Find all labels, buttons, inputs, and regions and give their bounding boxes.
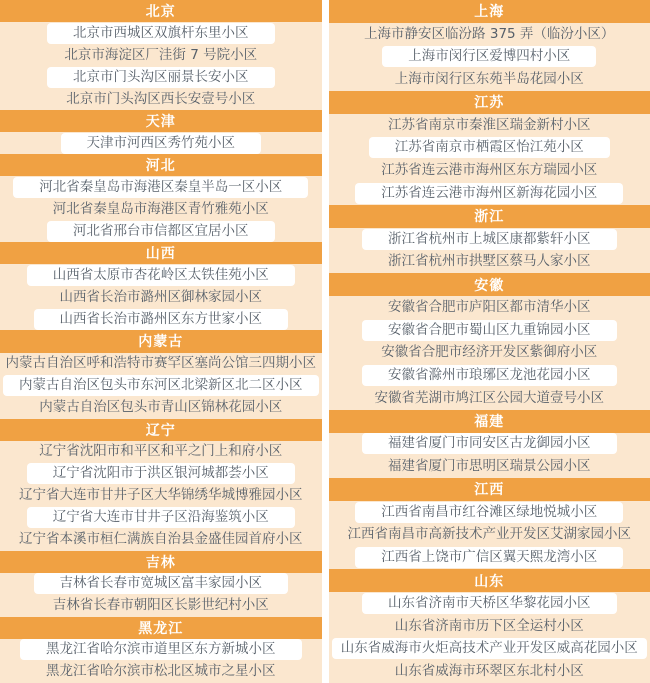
- community-row: 河北省邢台市信都区宜居小区: [0, 220, 322, 242]
- community-name: 河北省邢台市信都区宜居小区: [47, 221, 275, 242]
- community-name: 山东省济南市天桥区华黎花园小区: [362, 593, 617, 614]
- province-header: 吉林: [0, 551, 322, 573]
- community-name: 江西省上饶市广信区翼天熙龙湾小区: [355, 547, 623, 568]
- community-row: 江苏省南京市栖霞区怡江苑小区: [329, 137, 650, 160]
- community-row: 江西省南昌市高新技术产业开发区艾湖家园小区: [329, 524, 650, 547]
- community-row: 安徽省合肥市经济开发区紫御府小区: [329, 341, 650, 364]
- community-name: 北京市门头沟区西长安壹号小区: [66, 89, 255, 110]
- community-name: 辽宁省大连市甘井子区大华锦绣华城博雅园小区: [19, 485, 303, 506]
- community-name: 安徽省芜湖市鸠江区公园大道壹号小区: [375, 388, 605, 409]
- community-row: 江西省上饶市广信区翼天熙龙湾小区: [329, 546, 650, 569]
- community-row: 北京市门头沟区丽景长安小区: [0, 66, 322, 88]
- community-name: 吉林省长春市朝阳区长影世纪村小区: [53, 595, 269, 616]
- province-header: 上海: [329, 0, 650, 23]
- community-name: 内蒙古自治区呼和浩特市赛罕区塞尚公馆三四期小区: [6, 353, 317, 374]
- community-row: 内蒙古自治区包头市青山区锦林花园小区: [0, 397, 322, 419]
- community-row: 吉林省长春市宽城区富丰家园小区: [0, 573, 322, 595]
- community-name: 江苏省连云港市海州区东方瑞园小区: [381, 160, 597, 181]
- community-row: 辽宁省沈阳市于洪区银河城都荟小区: [0, 463, 322, 485]
- community-name: 天津市河西区秀竹苑小区: [61, 133, 262, 154]
- province-header: 山西: [0, 242, 322, 264]
- community-name: 山东省威海市环翠区东北村小区: [395, 661, 584, 682]
- province-header: 江苏: [329, 91, 650, 114]
- community-name: 上海市闵行区东苑半岛花园小区: [395, 69, 584, 90]
- community-name: 北京市门头沟区丽景长安小区: [47, 67, 275, 88]
- community-name: 福建省厦门市思明区瑞景公园小区: [388, 456, 591, 477]
- community-name: 黑龙江省哈尔滨市道里区东方新城小区: [20, 639, 302, 660]
- province-header: 福建: [329, 410, 650, 433]
- community-name: 福建省厦门市同安区古龙御园小区: [362, 433, 617, 454]
- province-header: 安徽: [329, 273, 650, 296]
- community-name: 北京市海淀区厂洼街 7 号院小区: [64, 45, 257, 66]
- community-name: 山西省太原市杏花岭区太铁佳苑小区: [27, 265, 295, 286]
- community-row: 辽宁省大连市甘井子区沿海鉴筑小区: [0, 507, 322, 529]
- community-name: 黑龙江省哈尔滨市松北区城市之星小区: [46, 661, 276, 682]
- left-column: 北京北京市西城区双旗杆东里小区北京市海淀区厂洼街 7 号院小区北京市门头沟区丽景…: [0, 0, 322, 683]
- province-header: 河北: [0, 154, 322, 176]
- community-row: 安徽省合肥市庐阳区都市清华小区: [329, 296, 650, 319]
- community-row: 河北省秦皇岛市海港区青竹雅苑小区: [0, 198, 322, 220]
- community-row: 安徽省芜湖市鸠江区公园大道壹号小区: [329, 387, 650, 410]
- province-header: 北京: [0, 0, 322, 22]
- community-name: 江西省南昌市高新技术产业开发区艾湖家园小区: [348, 524, 632, 545]
- community-row: 内蒙古自治区包头市东河区北梁新区北二区小区: [0, 375, 322, 397]
- community-row: 辽宁省大连市甘井子区大华锦绣华城博雅园小区: [0, 485, 322, 507]
- community-name: 上海市静安区临汾路 375 弄（临汾小区）: [364, 24, 614, 45]
- community-name: 山西省长治市潞州区御林家园小区: [60, 287, 263, 308]
- community-name: 内蒙古自治区包头市青山区锦林花园小区: [39, 397, 282, 418]
- community-row: 山东省济南市历下区全运村小区: [329, 615, 650, 638]
- community-row: 上海市静安区临汾路 375 弄（临汾小区）: [329, 23, 650, 46]
- province-header: 山东: [329, 569, 650, 592]
- community-row: 山西省太原市杏花岭区太铁佳苑小区: [0, 264, 322, 286]
- community-row: 江西省南昌市红谷滩区绿地悦城小区: [329, 501, 650, 524]
- province-header: 黑龙江: [0, 617, 322, 639]
- community-name: 山东省济南市历下区全运村小区: [395, 616, 584, 637]
- community-name: 辽宁省沈阳市于洪区银河城都荟小区: [27, 463, 295, 484]
- community-row: 江苏省连云港市海州区新海花园小区: [329, 182, 650, 205]
- community-name: 安徽省滁州市琅琊区龙池花园小区: [362, 365, 617, 386]
- community-name: 安徽省合肥市蜀山区九重锦园小区: [362, 320, 617, 341]
- community-row: 江苏省南京市秦淮区瑞金新村小区: [329, 114, 650, 137]
- community-row: 山西省长治市潞州区东方世家小区: [0, 308, 322, 330]
- community-row: 内蒙古自治区呼和浩特市赛罕区塞尚公馆三四期小区: [0, 353, 322, 375]
- community-row: 江苏省连云港市海州区东方瑞园小区: [329, 159, 650, 182]
- community-name: 河北省秦皇岛市海港区秦皇半岛一区小区: [13, 177, 308, 198]
- province-header: 江西: [329, 478, 650, 501]
- community-name: 辽宁省大连市甘井子区沿海鉴筑小区: [27, 507, 295, 528]
- community-row: 上海市闵行区爱博四村小区: [329, 46, 650, 69]
- community-row: 上海市闵行区东苑半岛花园小区: [329, 68, 650, 91]
- community-row: 浙江省杭州市上城区康都紫轩小区: [329, 228, 650, 251]
- community-row: 福建省厦门市同安区古龙御园小区: [329, 433, 650, 456]
- community-name: 山东省威海市火炬高技术产业开发区威高花园小区: [332, 638, 647, 659]
- community-row: 山东省济南市天桥区华黎花园小区: [329, 592, 650, 615]
- community-name: 山西省长治市潞州区东方世家小区: [34, 309, 289, 330]
- community-name: 安徽省合肥市经济开发区紫御府小区: [381, 342, 597, 363]
- community-row: 天津市河西区秀竹苑小区: [0, 132, 322, 154]
- community-row: 安徽省滁州市琅琊区龙池花园小区: [329, 364, 650, 387]
- province-header: 浙江: [329, 205, 650, 228]
- community-name: 江苏省南京市秦淮区瑞金新村小区: [388, 115, 591, 136]
- community-name: 内蒙古自治区包头市东河区北梁新区北二区小区: [3, 375, 319, 396]
- community-row: 辽宁省本溪市桓仁满族自治县金盛佳园首府小区: [0, 529, 322, 551]
- community-row: 吉林省长春市朝阳区长影世纪村小区: [0, 595, 322, 617]
- community-row: 山西省长治市潞州区御林家园小区: [0, 286, 322, 308]
- province-header: 内蒙古: [0, 330, 322, 352]
- community-name: 安徽省合肥市庐阳区都市清华小区: [388, 297, 591, 318]
- province-header: 天津: [0, 110, 322, 132]
- community-row: 北京市门头沟区西长安壹号小区: [0, 88, 322, 110]
- province-header: 辽宁: [0, 419, 322, 441]
- community-name: 江苏省连云港市海州区新海花园小区: [355, 183, 623, 204]
- community-name: 辽宁省沈阳市和平区和平之门上和府小区: [39, 441, 282, 462]
- community-row: 安徽省合肥市蜀山区九重锦园小区: [329, 319, 650, 342]
- community-name: 上海市闵行区爱博四村小区: [382, 46, 596, 67]
- community-row: 福建省厦门市思明区瑞景公园小区: [329, 455, 650, 478]
- community-row: 黑龙江省哈尔滨市道里区东方新城小区: [0, 639, 322, 661]
- community-row: 浙江省杭州市拱墅区蔡马人家小区: [329, 250, 650, 273]
- community-name: 江苏省南京市栖霞区怡江苑小区: [369, 137, 610, 158]
- community-row: 北京市海淀区厂洼街 7 号院小区: [0, 44, 322, 66]
- community-name: 江西省南昌市红谷滩区绿地悦城小区: [355, 502, 623, 523]
- community-name: 浙江省杭州市拱墅区蔡马人家小区: [388, 251, 591, 272]
- community-row: 山东省威海市环翠区东北村小区: [329, 660, 650, 683]
- community-list-table: 北京北京市西城区双旗杆东里小区北京市海淀区厂洼街 7 号院小区北京市门头沟区丽景…: [0, 0, 650, 683]
- right-column: 上海上海市静安区临汾路 375 弄（临汾小区）上海市闵行区爱博四村小区上海市闵行…: [329, 0, 650, 683]
- community-name: 北京市西城区双旗杆东里小区: [47, 23, 275, 44]
- community-row: 河北省秦皇岛市海港区秦皇半岛一区小区: [0, 176, 322, 198]
- community-name: 河北省秦皇岛市海港区青竹雅苑小区: [53, 199, 269, 220]
- community-row: 山东省威海市火炬高技术产业开发区威高花园小区: [329, 637, 650, 660]
- community-row: 北京市西城区双旗杆东里小区: [0, 22, 322, 44]
- community-name: 吉林省长春市宽城区富丰家园小区: [34, 573, 289, 594]
- community-name: 浙江省杭州市上城区康都紫轩小区: [362, 229, 617, 250]
- community-row: 辽宁省沈阳市和平区和平之门上和府小区: [0, 441, 322, 463]
- community-name: 辽宁省本溪市桓仁满族自治县金盛佳园首府小区: [19, 529, 303, 550]
- community-row: 黑龙江省哈尔滨市松北区城市之星小区: [0, 661, 322, 683]
